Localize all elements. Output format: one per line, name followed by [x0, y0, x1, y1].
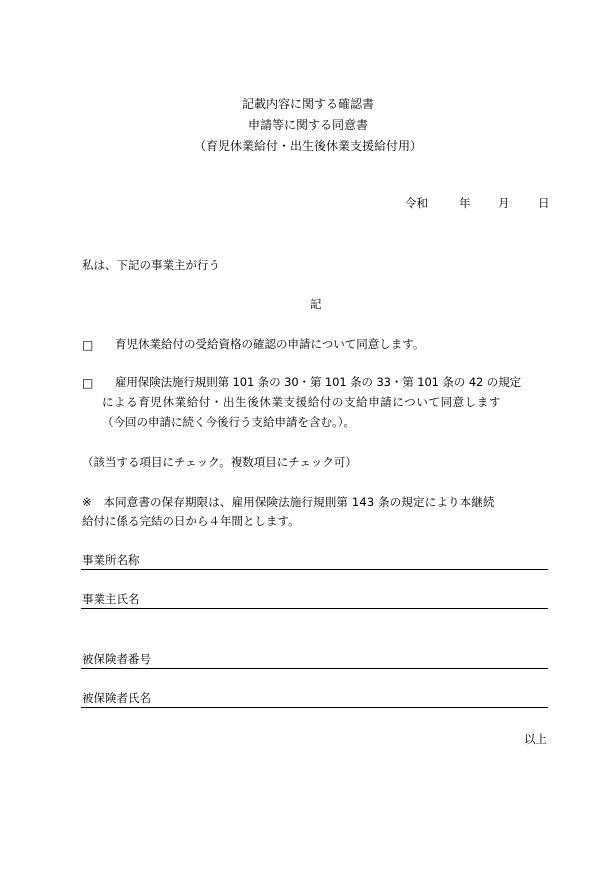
date-era: 令和 [405, 198, 428, 210]
checkbox-eligibility-consent[interactable]: □ [82, 339, 93, 351]
field-label-insured-number: 被保険者番号 [82, 654, 151, 666]
insured-name-input-line[interactable] [81, 707, 548, 708]
closing-text: 以上 [524, 734, 547, 746]
ki-heading: 記 [310, 299, 322, 311]
checkbox-payment-consent[interactable]: □ [82, 377, 93, 389]
date-month-label: 月 [498, 198, 510, 210]
date-day-label: 日 [538, 198, 550, 210]
consent-text-payment-line2: による育児休業給付・出生後休業支援給付の支給申請について同意します [102, 397, 501, 409]
intro-text: 私は、下記の事業主が行う [82, 260, 220, 272]
consent-text-payment-line1: 雇用保険法施行規則第 101 条の 30・第 101 条の 33・第 101 条… [115, 377, 521, 389]
office-name-input-line[interactable] [81, 569, 548, 570]
retention-note-line1: ※ 本同意書の保存期限は、雇用保険法施行規則第 143 条の規定により本継続 [82, 497, 495, 509]
date-year-label: 年 [459, 198, 471, 210]
retention-note-line2: 給付に係る完結の日から４年間とします。 [82, 516, 300, 528]
check-instruction-note: （該当する項目にチェック。複数項目にチェック可） [82, 457, 357, 469]
field-label-insured-name: 被保険者氏名 [82, 693, 151, 705]
document-subtitle-scope: （育児休業給付・出生後休業支援給付用） [0, 140, 616, 152]
insured-number-input-line[interactable] [81, 668, 548, 669]
document-subtitle: 申請等に関する同意書 [0, 119, 616, 131]
consent-text-eligibility: 育児休業給付の受給資格の確認の申請について同意します。 [115, 339, 424, 351]
employer-name-input-line[interactable] [81, 608, 548, 609]
field-label-office-name: 事業所名称 [82, 555, 140, 567]
document-title: 記載内容に関する確認書 [0, 98, 616, 110]
field-label-employer-name: 事業主氏名 [82, 594, 140, 606]
consent-text-payment-line3: （今回の申請に続く今後行う支給申請を含む。）。 [102, 417, 355, 429]
